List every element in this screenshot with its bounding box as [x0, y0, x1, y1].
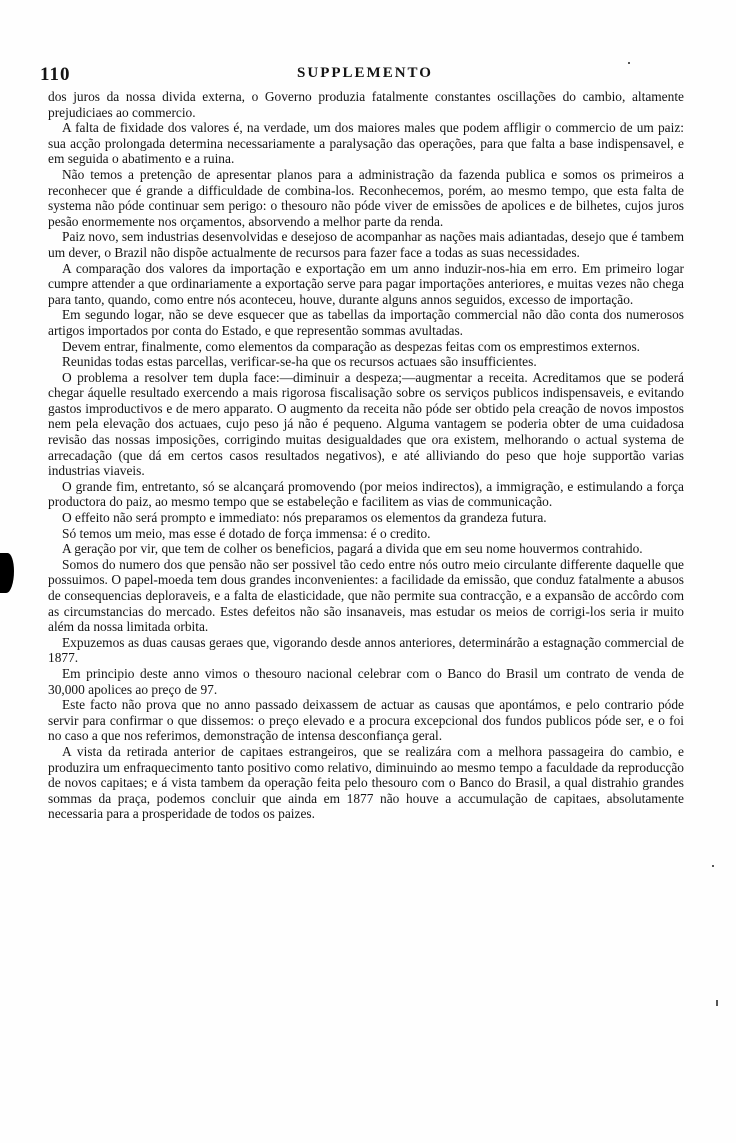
- speck: [716, 1000, 718, 1006]
- paragraph: dos juros da nossa divida externa, o Gov…: [48, 89, 684, 120]
- paragraph: Devem entrar, finalmente, como elementos…: [48, 339, 684, 355]
- running-title: SUPPLEMENTO: [40, 65, 690, 82]
- speck: [712, 865, 714, 867]
- paragraph: O grande fim, entretanto, só se alcançar…: [48, 479, 684, 510]
- paragraph: Este facto não prova que no anno passado…: [48, 697, 684, 744]
- paragraph: A comparação dos valores da importação e…: [48, 261, 684, 308]
- paragraph: A vista da retirada anterior de capitaes…: [48, 744, 684, 822]
- paragraph: Paiz novo, sem industrias desenvolvidas …: [48, 229, 684, 260]
- paragraph: Em segundo logar, não se deve esquecer q…: [48, 307, 684, 338]
- speck: [628, 62, 630, 64]
- paragraph: O problema a resolver tem dupla face:—di…: [48, 370, 684, 479]
- paragraph: Expuzemos as duas causas geraes que, vig…: [48, 635, 684, 666]
- paragraph: Só temos um meio, mas esse é dotado de f…: [48, 526, 684, 542]
- paragraph: A geração por vir, que tem de colher os …: [48, 541, 684, 557]
- paragraph: Não temos a pretenção de apresentar plan…: [48, 167, 684, 229]
- ink-blot: [0, 553, 14, 593]
- paragraph: A falta de fixidade dos valores é, na ve…: [48, 120, 684, 167]
- paragraph: Em principio deste anno vimos o thesouro…: [48, 666, 684, 697]
- paragraph: Somos do numero dos que pensão não ser p…: [48, 557, 684, 635]
- paragraph: O effeito não será prompto e immediato: …: [48, 510, 684, 526]
- paragraph: Reunidas todas estas parcellas, verifica…: [48, 354, 684, 370]
- page-header: 110 SUPPLEMENTO: [40, 64, 690, 84]
- body-text: dos juros da nossa divida externa, o Gov…: [48, 89, 684, 822]
